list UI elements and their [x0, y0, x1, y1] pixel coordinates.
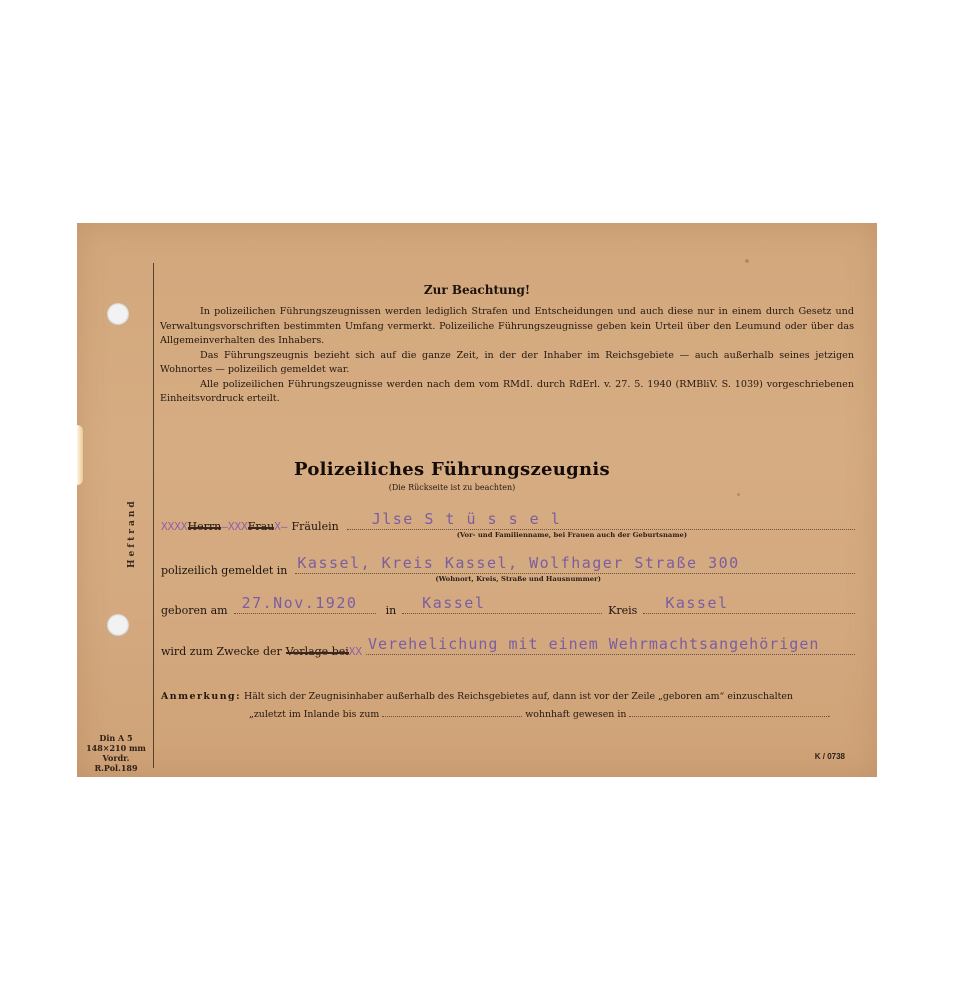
strike-marks: X— — [274, 520, 287, 533]
remark-place-field[interactable] — [629, 708, 827, 717]
notice-paragraph: Das Führungszeugnis bezieht sich auf die… — [160, 349, 854, 378]
certificate-subtitle: (Die Rückseite ist zu beachten) — [77, 483, 827, 492]
punch-hole-top — [107, 303, 129, 325]
birth-place-field[interactable]: Kassel — [402, 595, 602, 614]
heftrand-label: Heftrand — [127, 483, 151, 583]
din-line: Vordr. R.Pol.189 — [81, 753, 151, 773]
notice-paragraph: Alle polizeilichen Führungszeugnisse wer… — [160, 378, 854, 407]
district-label: Kreis — [608, 604, 637, 617]
notice-text: In polizeilichen Führungszeugnissen werd… — [160, 305, 854, 407]
residence-field[interactable]: Kassel, Kreis Kassel, Wolfhager Straße 3… — [295, 555, 855, 574]
remark: Anmerkung: Hält sich der Zeugnisinhaber … — [161, 688, 855, 724]
remark-until-field[interactable] — [382, 708, 522, 717]
salutation-frau: Frau — [248, 520, 275, 533]
remark-label: Anmerkung: — [161, 691, 241, 702]
din-line: Din A 5 — [81, 733, 151, 743]
residence-label: polizeilich gemeldet in — [161, 564, 287, 577]
certificate-title: Polizeiliches Führungszeugnis — [77, 459, 827, 480]
residence-row: polizeilich gemeldet in Kassel, Kreis Ka… — [161, 555, 855, 577]
name-field[interactable]: Jlse S t ü s s e l (Vor- und Familiennam… — [347, 511, 855, 530]
birth-label: geboren am — [161, 604, 228, 617]
birth-place-label: in — [386, 604, 397, 617]
remark-line2-mid: wohnhaft gewesen in — [525, 709, 626, 720]
din-format-label: Din A 5 148×210 mm Vordr. R.Pol.189 — [81, 733, 151, 773]
district-field[interactable]: Kassel — [643, 595, 855, 614]
notice-paragraph: In polizeilichen Führungszeugnissen werd… — [160, 305, 854, 349]
birth-date-field[interactable]: 27.Nov.1920 — [234, 595, 376, 614]
strike-marks: XXXX — [161, 520, 188, 533]
purpose-value: Verehelichung mit einem Wehrmachtsangehö… — [368, 635, 819, 653]
birth-date-value: 27.Nov.1920 — [242, 594, 358, 612]
stain — [745, 259, 749, 263]
certificate-paper: Heftrand Zur Beachtung! In polizeilichen… — [77, 223, 877, 777]
form-number: K / 0738 — [815, 752, 845, 761]
punch-hole-bottom — [107, 614, 129, 636]
notice-title: Zur Beachtung! — [77, 283, 877, 297]
residence-hint: (Wohnort, Kreis, Straße und Hausnummer) — [435, 575, 601, 583]
name-row: XXXX Herrn —XXX Frau X— Fräulein Jlse S … — [161, 511, 855, 533]
name-hint: (Vor- und Familienname, bei Frauen auch … — [457, 531, 687, 539]
remark-text: Hält sich der Zeugnisinhaber außerhalb d… — [244, 691, 793, 702]
purpose-label: wird zum Zwecke der — [161, 645, 282, 658]
purpose-field[interactable]: Verehelichung mit einem Wehrmachtsangehö… — [366, 636, 855, 655]
strike-marks: —XXX — [221, 520, 248, 533]
salutation-herrn: Herrn — [188, 520, 222, 533]
remark-line2-end: . — [827, 709, 830, 720]
binding-margin-line — [153, 263, 154, 768]
remark-line2-start: „zuletzt im Inlande bis zum — [249, 709, 379, 720]
name-value: Jlse S t ü s s e l — [372, 510, 562, 528]
salutation-fraeulein: Fräulein — [292, 520, 339, 533]
birth-place-value: Kassel — [422, 594, 485, 612]
purpose-row: wird zum Zwecke der Vorlage bei XX Vereh… — [161, 636, 855, 658]
residence-value: Kassel, Kreis Kassel, Wolfhager Straße 3… — [297, 554, 739, 572]
stain — [737, 493, 740, 496]
din-line: 148×210 mm — [81, 743, 151, 753]
birth-row: geboren am 27.Nov.1920 in Kassel Kreis K… — [161, 595, 855, 617]
district-value: Kassel — [665, 594, 728, 612]
purpose-struck-label: Vorlage bei — [286, 645, 349, 658]
strike-marks: XX — [349, 645, 362, 658]
